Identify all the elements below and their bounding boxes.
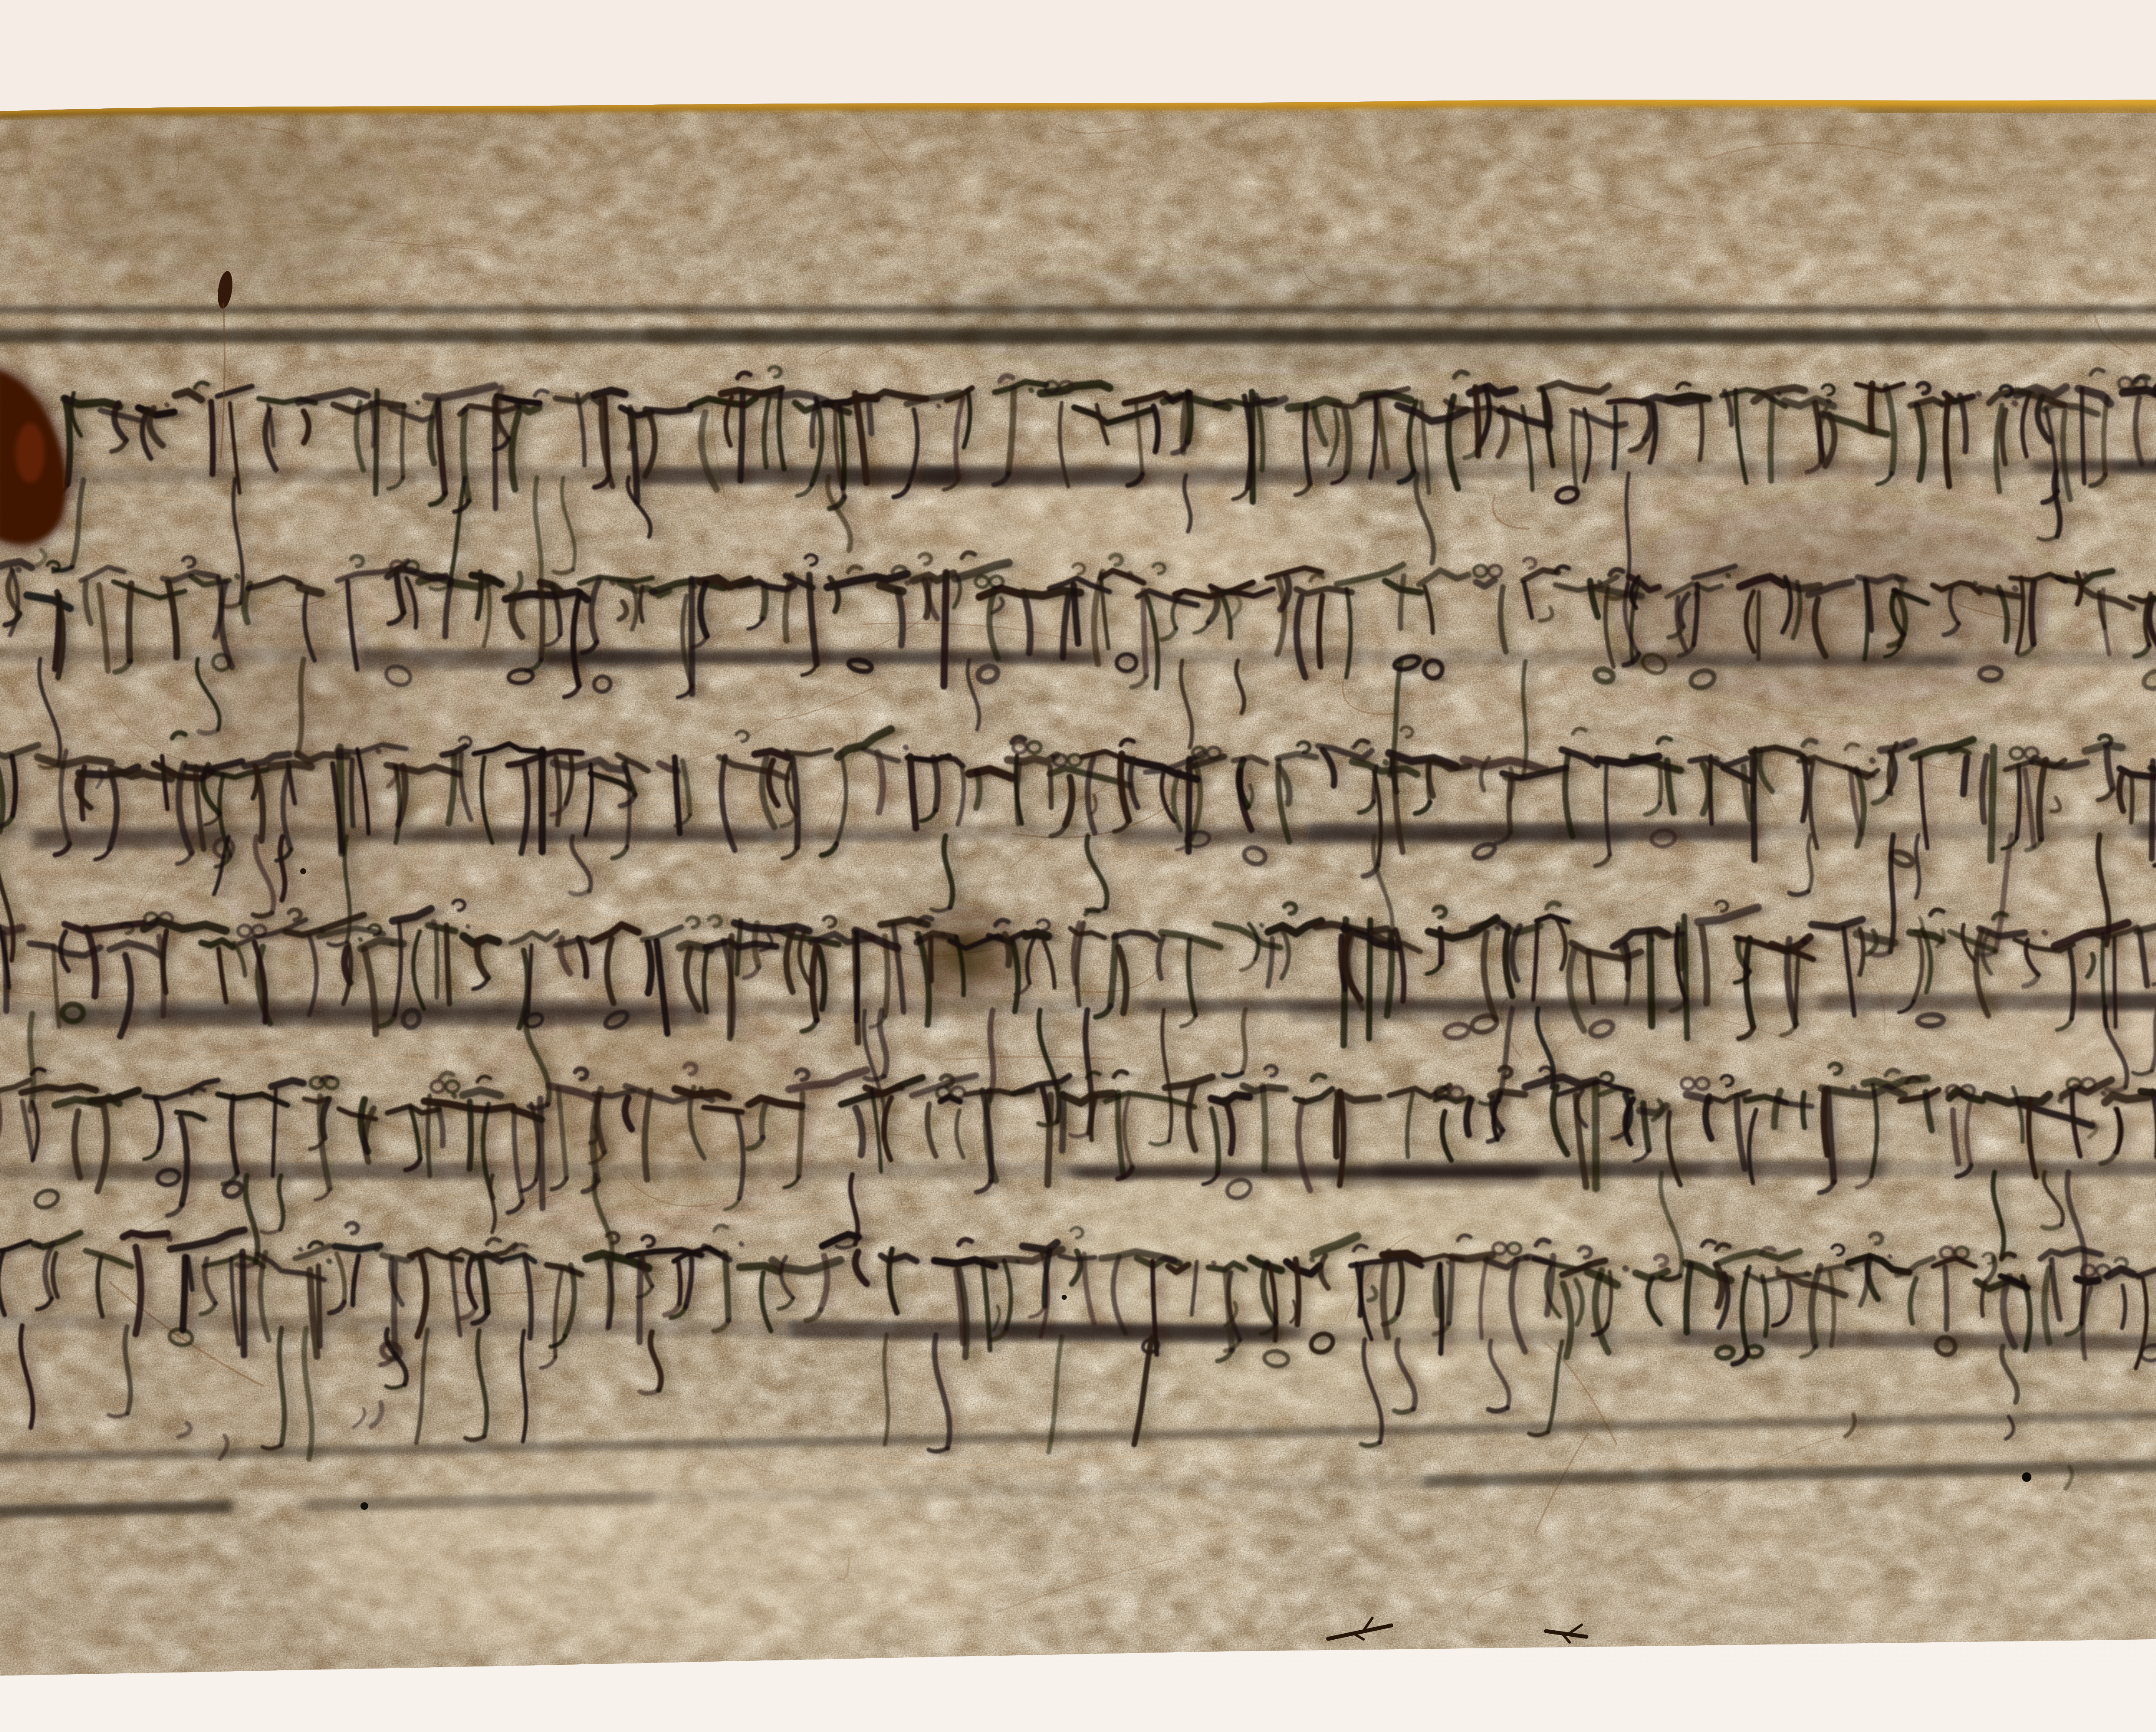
ink-speck: [1062, 1295, 1067, 1300]
ink-speck: [360, 1502, 368, 1510]
paper-sheet: [0, 22, 2156, 1682]
top-rule-line: [0, 305, 2156, 314]
stain-patch: [906, 263, 1725, 375]
photo-backdrop: [0, 0, 2156, 1732]
ink-speck: [2022, 1472, 2031, 1482]
ink-speck: [300, 868, 306, 874]
stain-patch: [39, 116, 410, 298]
manuscript-leaf-photo: [0, 0, 2156, 1732]
